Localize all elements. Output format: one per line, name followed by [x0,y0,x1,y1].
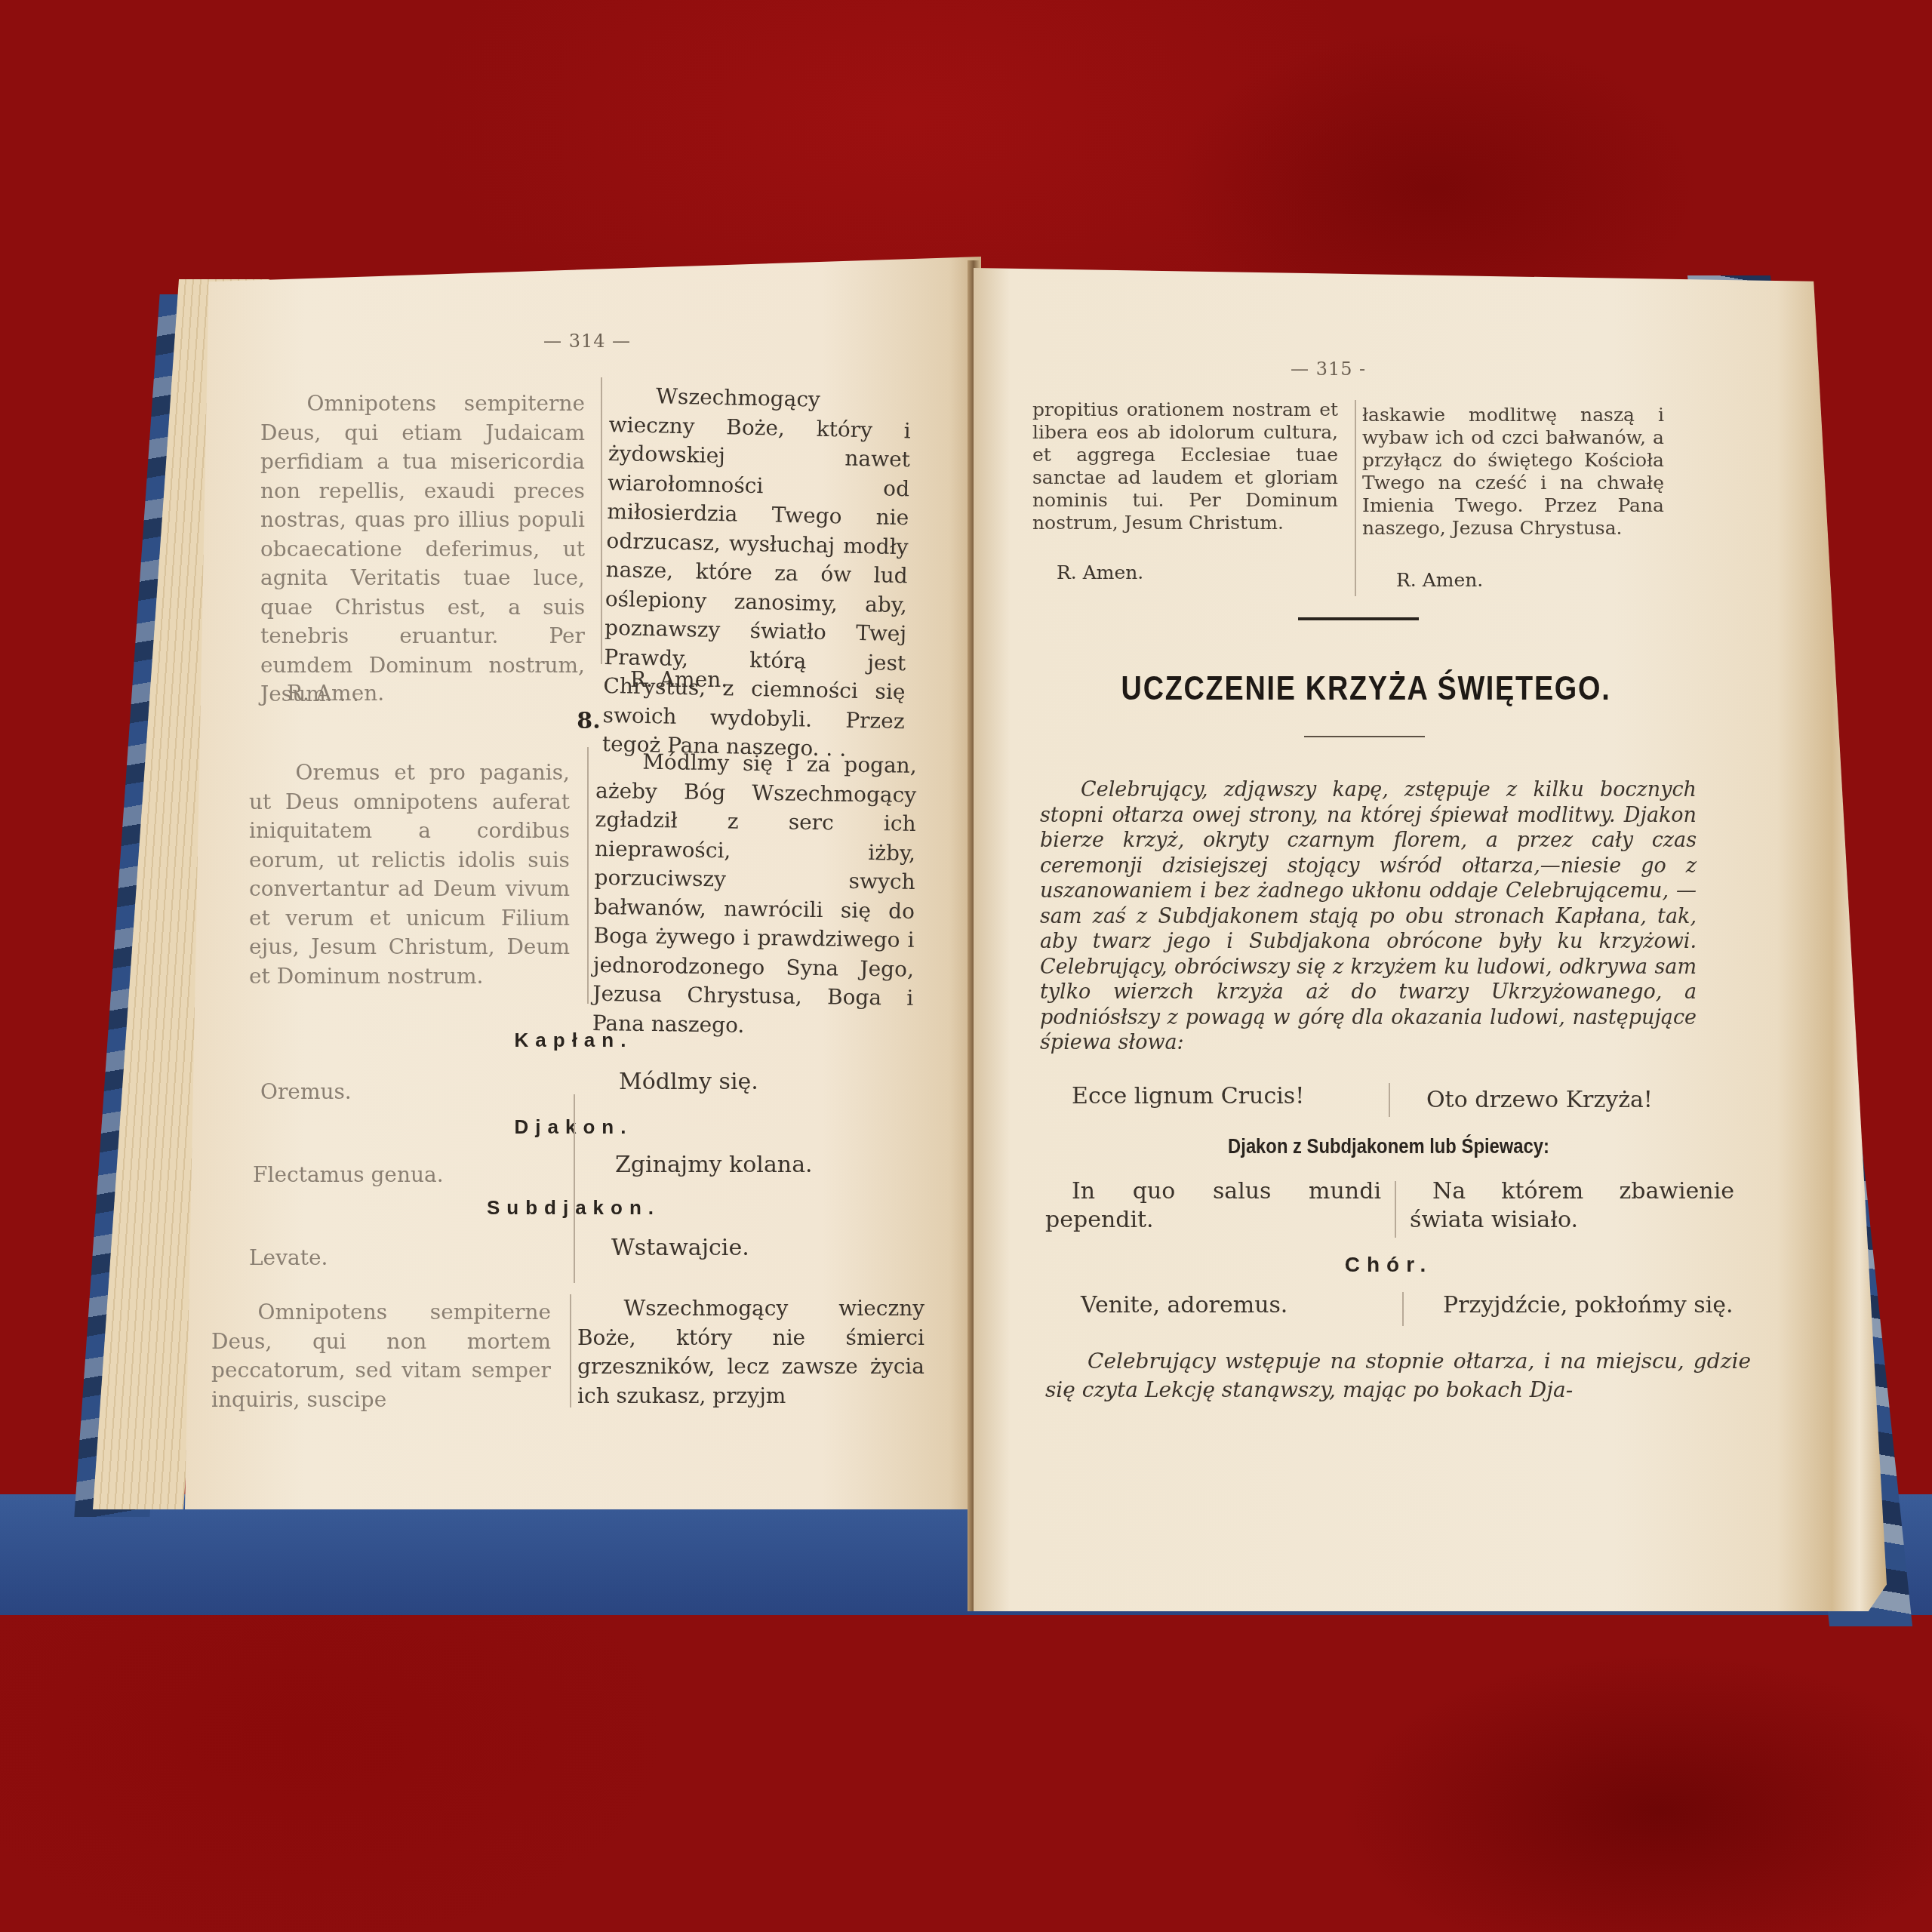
column-divider [1355,400,1356,596]
left-block1-polish-response: R. Amen. [630,666,857,695]
left-block1-polish: Wszechmogący wieczny Boże, który i żydow… [602,381,912,765]
speaker-chor: Chór. [1275,1253,1502,1277]
verse-polish-1: Oto drzewo Krzyża! [1426,1087,1653,1113]
column-divider [574,1094,575,1283]
left-block1-latin: Omnipotens sempiterne Deus, qui etiam Ju… [260,389,585,709]
verse-polish-3: Przyjdźcie, pokłońmy się. [1443,1292,1734,1318]
column-divider [1402,1292,1404,1326]
left-page-number: — 314 — [543,331,631,352]
left-block3-latin: Omnipotens sempiterne Deus, qui non mort… [211,1298,551,1414]
right-block1-polish: łaskawie modlitwę naszą i wybaw ich od c… [1362,404,1664,540]
title-rule-bottom [1304,736,1425,737]
title-rule-top [1298,617,1419,620]
verse-latin-2: In quo salus mundi pependit. [1045,1177,1381,1235]
right-page-number: — 315 - [1291,358,1366,380]
verse-latin-1: Ecce lignum Crucis! [1072,1083,1304,1109]
left-block3-polish: Wszechmogący wieczny Boże, który nie śmi… [577,1294,924,1411]
column-divider [601,377,602,664]
dialogue-latin-3: Levate. [249,1244,475,1273]
left-block2-latin: Oremus et pro paganis, ut Deus omnipoten… [249,758,570,991]
dialogue-latin-1: Oremus. [260,1078,487,1107]
section-number: 8. [558,708,619,734]
section-title: UCZCZENIE KRZYŻA ŚWIĘTEGO. [1087,670,1645,708]
left-block1-latin-response: R. Amen. [287,679,513,709]
left-block2-polish: Módlmy się i za pogan, ażeby Bóg Wszechm… [592,747,917,1042]
column-divider [1389,1083,1390,1117]
verse-polish-2: Na którem zbawienie świata wisiało. [1410,1177,1734,1235]
dialogue-polish-1: Módlmy się. [619,1068,845,1097]
right-block1-polish-response: R. Amen. [1396,566,1547,595]
verse-latin-3: Venite, adoremus. [1081,1292,1287,1318]
column-divider [570,1294,571,1407]
dialogue-polish-2: Zginajmy kolana. [615,1151,887,1180]
right-block1-latin-response: R. Amen. [1057,558,1207,588]
rubric-instructions-1: Celebrujący, zdjąwszy kapę, zstępuje z k… [1040,777,1697,1056]
rubric-instructions-2: Celebrujący wstępuje na stopnie ołtarza,… [1045,1347,1751,1404]
dialogue-polish-3: Wstawajcie. [611,1234,838,1263]
dialogue-latin-2: Flectamus genua. [253,1161,509,1190]
right-block1-latin: propitius orationem nostram et libera eo… [1032,398,1338,534]
speaker-djakon-subdjakon: Djakon z Subdjakonem lub Śpiewacy: [1158,1134,1620,1158]
column-divider [587,747,589,1004]
speaker-kaplan: Kapłan. [423,1029,724,1052]
column-divider [1395,1181,1396,1238]
